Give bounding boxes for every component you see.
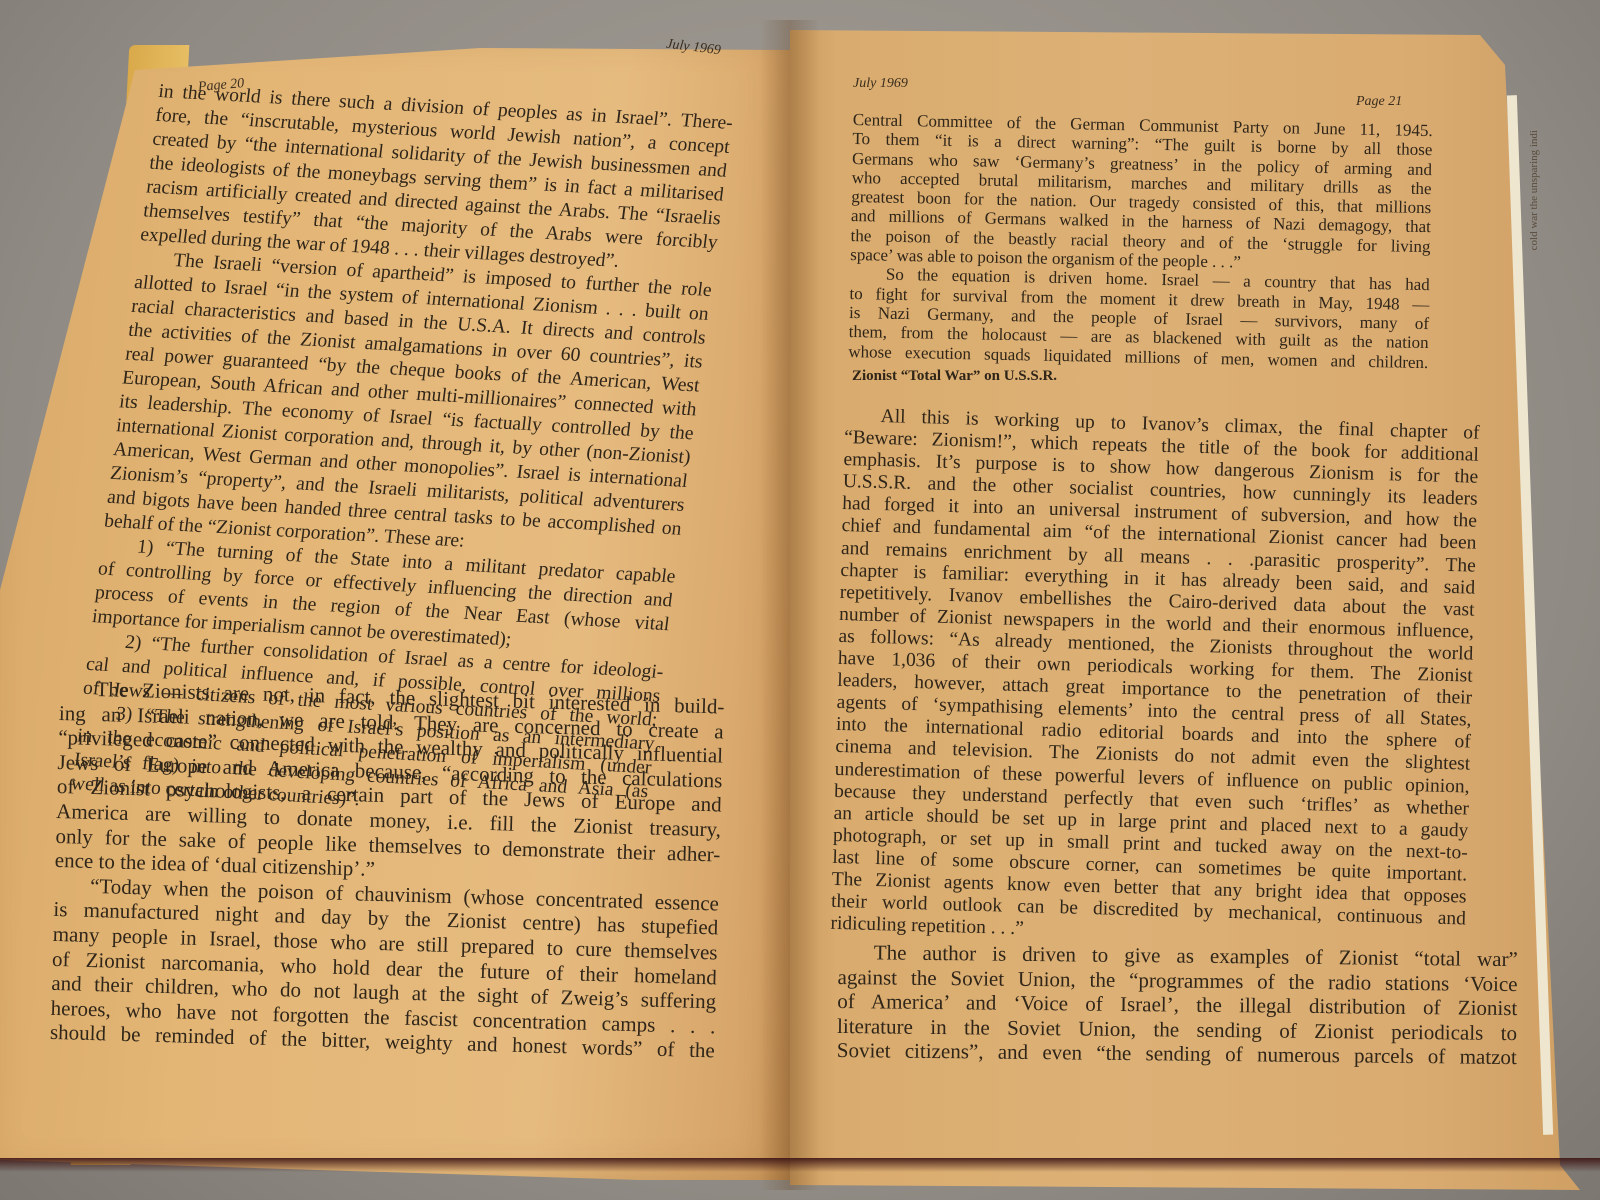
spine-gutter	[760, 20, 820, 1190]
bottom-edge-shadow	[0, 1158, 1600, 1172]
page-edge-text: cold war the unsparing indi	[1528, 130, 1540, 250]
right-page-body-middle: All this is working up to Ivanov’s clima…	[830, 405, 1480, 953]
right-page-date: July 1969	[853, 76, 908, 92]
right-page-body-lower: The author is driven to give as examples…	[837, 940, 1518, 1070]
section-heading: Zionist “Total War” on U.S.S.R.	[852, 368, 1057, 385]
left-page-body-lower: The Zionists are not, in fact, the sligh…	[50, 676, 725, 1063]
open-booklet: Page 20 July 1969 July 1969 Page 21 in t…	[0, 0, 1600, 1200]
right-page-number: Page 21	[1356, 94, 1402, 110]
right-page-body-upper: Central Committee of the German Communis…	[848, 110, 1433, 372]
